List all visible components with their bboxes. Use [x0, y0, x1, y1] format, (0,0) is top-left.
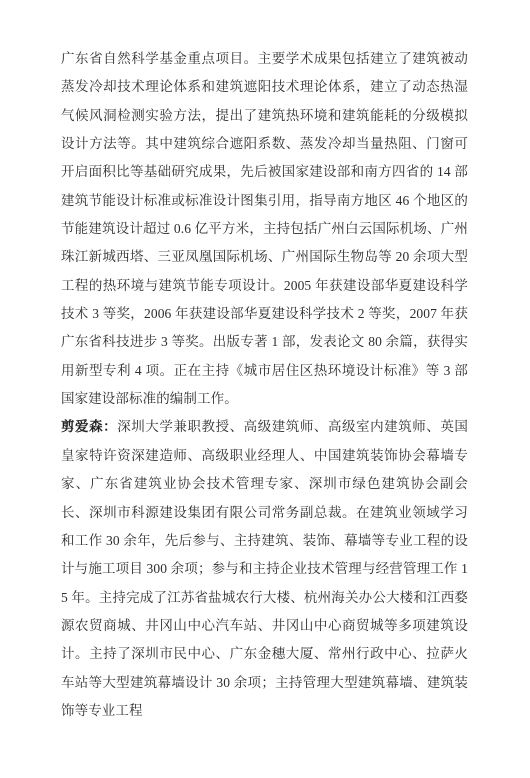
paragraph-bio-jianaisen: 剪爱森：深圳大学兼职教授、高级建筑师、高级室内建筑师、英国皇家特许资深建造师、高… — [61, 413, 468, 725]
person-name: 剪爱森： — [61, 419, 117, 434]
bio-text: 深圳大学兼职教授、高级建筑师、高级室内建筑师、英国皇家特许资深建造师、高级职业经… — [61, 419, 468, 717]
document-page: 广东省自然科学基金重点项目。主要学术成果包括建立了建筑被动蒸发冷却技术理论体系和… — [0, 0, 530, 778]
paragraph-academic-achievements: 广东省自然科学基金重点项目。主要学术成果包括建立了建筑被动蒸发冷却技术理论体系和… — [61, 45, 468, 413]
